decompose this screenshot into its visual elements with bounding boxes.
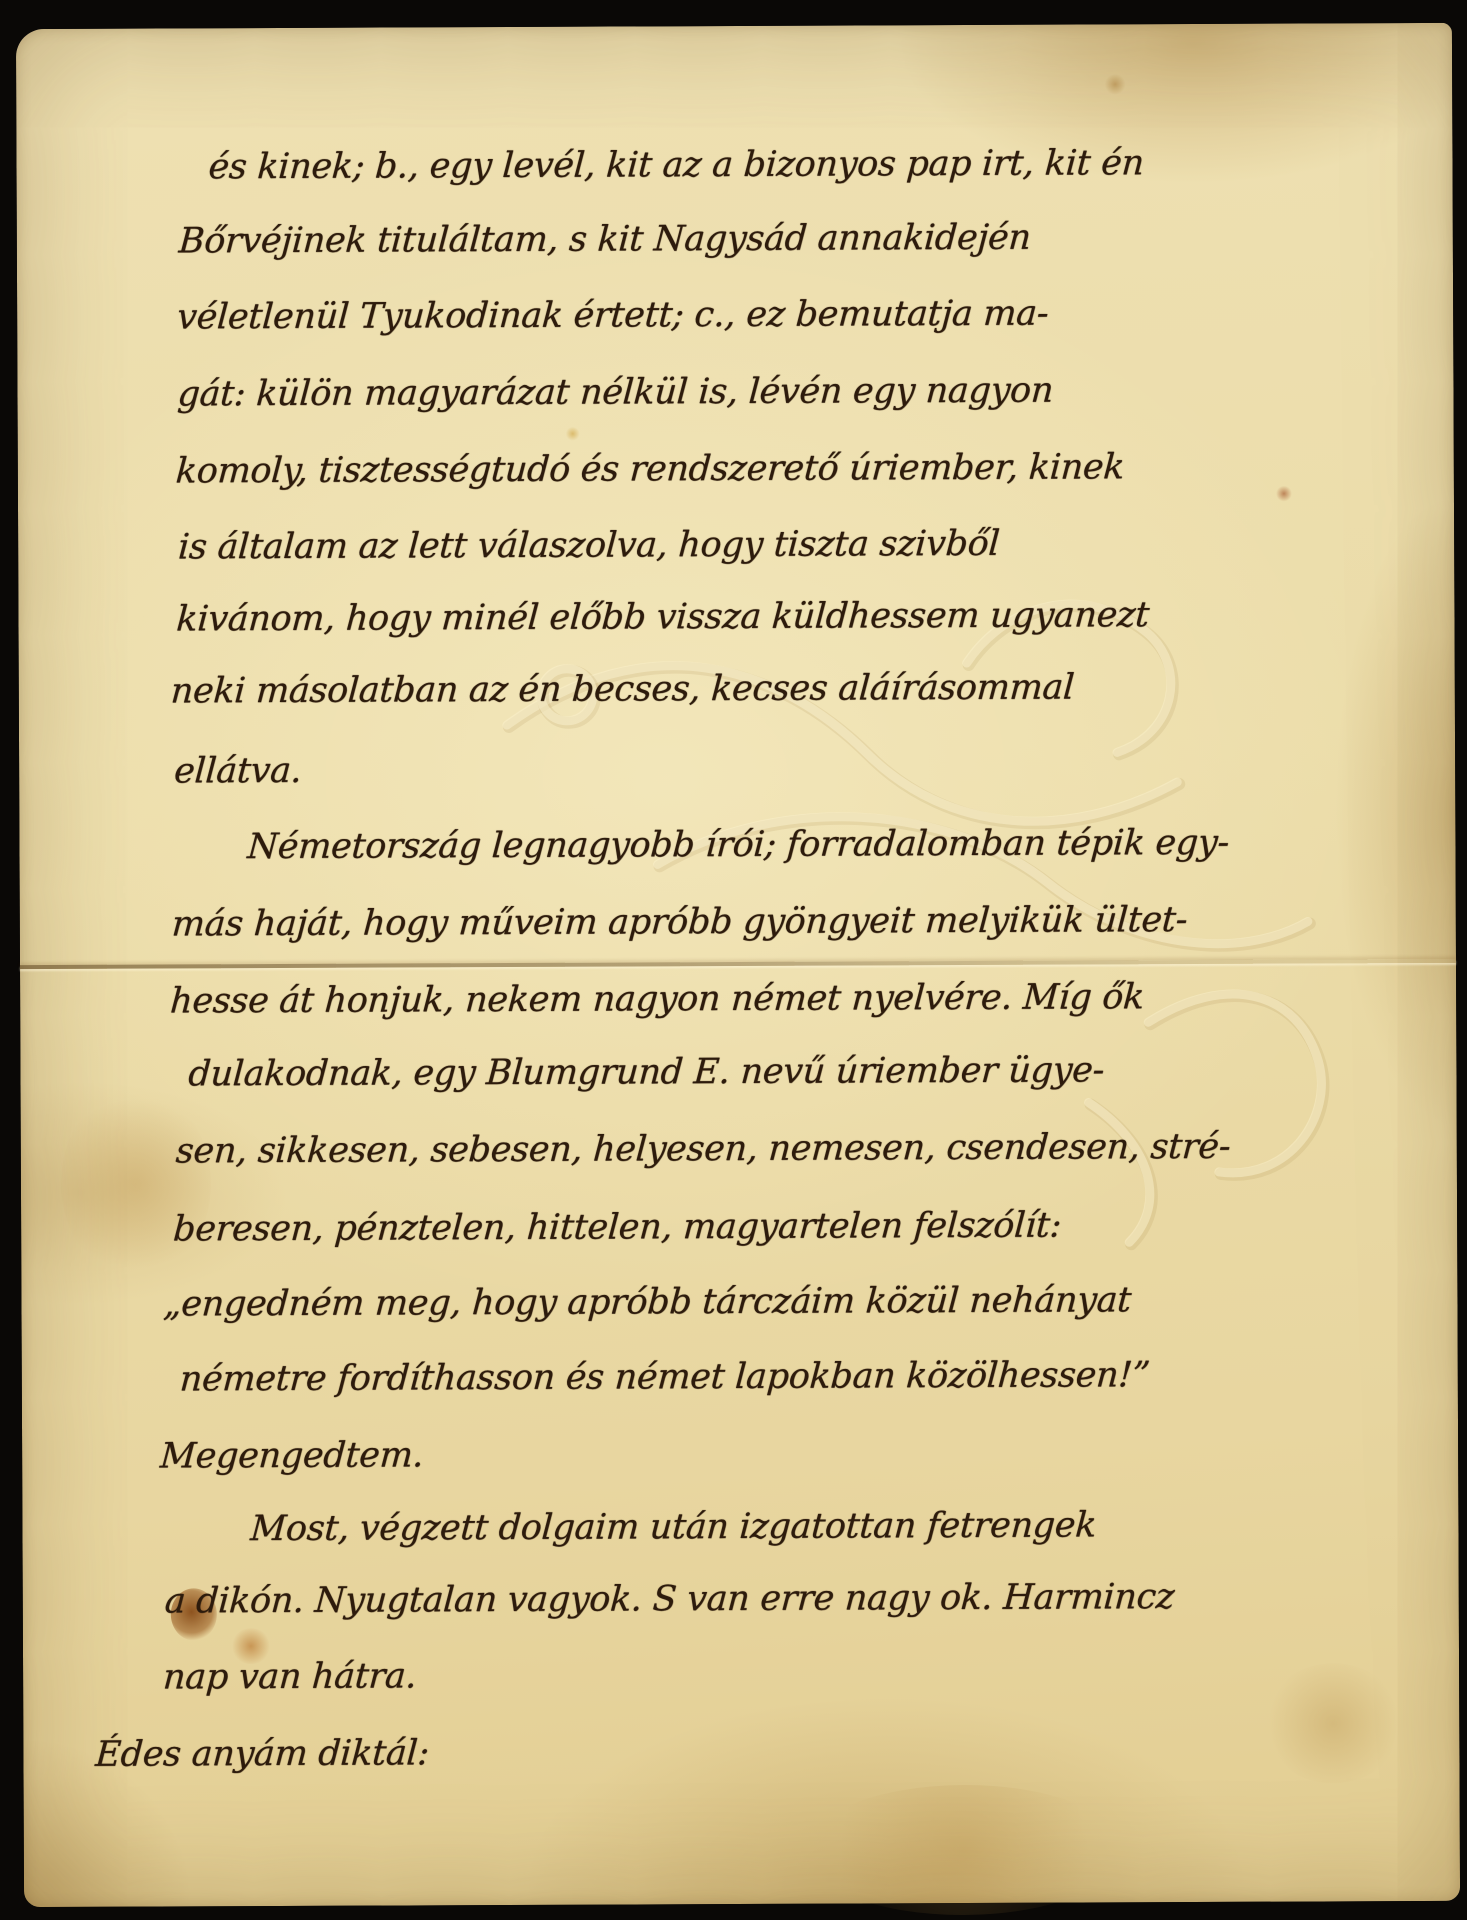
handwriting-line: nap van hátra.: [162, 1659, 418, 1695]
handwriting-line: Most, végzett dolgaim után izgatottan fe…: [249, 1508, 1097, 1547]
handwriting-line: „engedném meg, hogy apróbb tárczáim közü…: [162, 1283, 1132, 1322]
letter-page: és kinek; b., egy levél, kit az a bizony…: [16, 23, 1460, 1907]
handwriting-line: beresen, pénztelen, hittelen, magyartele…: [172, 1209, 1062, 1248]
handwriting-line: Bőrvéjinek tituláltam, s kit Nagysád ann…: [178, 221, 1032, 260]
handwriting-line: véletlenül Tyukodinak értett; c., ez bem…: [176, 297, 1049, 336]
handwriting-line: is általam az lett válaszolva, hogy tisz…: [177, 527, 1000, 566]
handwriting-line: kivánom, hogy minél előbb vissza küldhes…: [175, 598, 1150, 637]
handwriting-line: gát: külön magyarázat nélkül is, lévén e…: [176, 374, 1054, 413]
handwriting-line: ellátva.: [173, 754, 303, 790]
handwriting-line: más haját, hogy műveim apróbb gyöngyeit …: [171, 903, 1189, 942]
handwriting-line: neki másolatban az én becses, kecses alá…: [170, 671, 1075, 710]
handwriting-line: Megengedtem.: [159, 1438, 425, 1474]
handwritten-text: és kinek; b., egy levél, kit az a bizony…: [16, 23, 1460, 1907]
handwriting-line: sen, sikkesen, sebesen, helyesen, nemese…: [175, 1130, 1232, 1170]
handwriting-line: dulakodnak, egy Blumgrund E. nevű úriemb…: [187, 1053, 1105, 1092]
handwriting-line: a dikón. Nyugtalan vagyok. S van erre na…: [164, 1580, 1176, 1619]
handwriting-line: Édes anyám diktál:: [94, 1736, 430, 1772]
handwriting-line: hesse át honjuk, nekem nagyon német nyel…: [169, 980, 1145, 1019]
handwriting-line: és kinek; b., egy levél, kit az a bizony…: [207, 146, 1145, 185]
handwriting-line: komoly, tisztességtudó és rendszerető úr…: [175, 450, 1126, 489]
handwriting-line: Németország legnagyobb írói; forradalomb…: [246, 826, 1230, 865]
handwriting-line: németre fordíthasson és német lapokban k…: [179, 1358, 1151, 1397]
